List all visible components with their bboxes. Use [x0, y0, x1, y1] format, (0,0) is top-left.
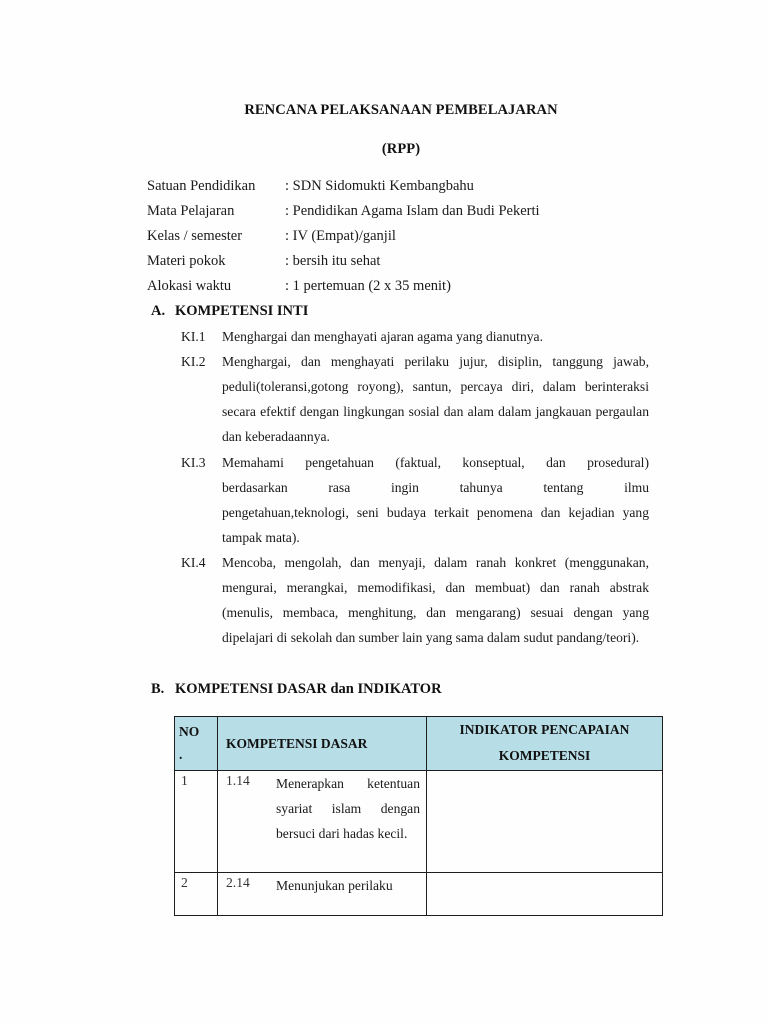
kd-text: Menerapkan ketentuan syariat islam denga…: [276, 771, 420, 846]
table-row: 2 2.14 Menunjukan perilaku: [175, 873, 663, 916]
header-no-dot: .: [179, 747, 182, 762]
identity-value: : SDN Sidomukti Kembangbahu: [285, 178, 474, 195]
document-page: RENCANA PELAKSANAAN PEMBELAJARAN (RPP) S…: [0, 0, 768, 1024]
ki-item-3: KI.3 Memahami pengetahuan (faktual, kons…: [181, 450, 649, 550]
ki-text: Memahami pengetahuan (faktual, konseptua…: [222, 450, 649, 550]
kd-text: Menunjukan perilaku: [276, 873, 420, 898]
identity-label: Mata Pelajaran: [147, 203, 234, 220]
ki-label: KI.4: [181, 550, 206, 575]
kompetensi-dasar-table: NO . KOMPETENSI DASAR INDIKATOR PENCAPAI…: [174, 716, 663, 916]
ki-label: KI.3: [181, 450, 206, 475]
ki-text: Menghargai dan menghayati ajaran agama y…: [222, 324, 649, 349]
section-a-heading: A.KOMPETENSI INTI: [151, 303, 308, 320]
identity-label: Alokasi waktu: [147, 278, 231, 295]
cell-indikator: [427, 771, 663, 873]
ki-item-1: KI.1 Menghargai dan menghayati ajaran ag…: [181, 324, 649, 349]
kd-code: 2.14: [226, 875, 250, 891]
identity-value: : Pendidikan Agama Islam dan Budi Pekert…: [285, 203, 540, 220]
header-indikator-line1: INDIKATOR PENCAPAIAN: [460, 722, 630, 737]
ki-text-line: berdasarkan rasa ingin tahunya tentang i…: [222, 475, 649, 500]
section-title: KOMPETENSI DASAR dan INDIKATOR: [175, 681, 442, 697]
column-header-kompetensi-dasar: KOMPETENSI DASAR: [218, 717, 427, 771]
ki-item-4: KI.4 Mencoba, mengolah, dan menyaji, dal…: [181, 550, 649, 650]
kd-code: 1.14: [226, 773, 250, 789]
identity-label: Materi pokok: [147, 253, 226, 270]
table-header-row: NO . KOMPETENSI DASAR INDIKATOR PENCAPAI…: [175, 717, 663, 771]
header-no-text: NO: [179, 724, 199, 739]
identity-label: Kelas / semester: [147, 228, 242, 245]
document-title: RENCANA PELAKSANAAN PEMBELAJARAN: [17, 102, 768, 119]
ki-text-line: pengetahuan,teknologi, seni budaya terka…: [222, 505, 649, 545]
cell-kompetensi-dasar: 2.14 Menunjukan perilaku: [218, 873, 427, 916]
cell-indikator: [427, 873, 663, 916]
document-subtitle: (RPP): [17, 141, 768, 158]
ki-text: Menghargai, dan menghayati perilaku juju…: [222, 349, 649, 449]
ki-item-2: KI.2 Menghargai, dan menghayati perilaku…: [181, 349, 649, 449]
identity-value: : bersih itu sehat: [285, 253, 380, 270]
table-row: 1 1.14 Menerapkan ketentuan syariat isla…: [175, 771, 663, 873]
cell-kompetensi-dasar: 1.14 Menerapkan ketentuan syariat islam …: [218, 771, 427, 873]
section-title: KOMPETENSI INTI: [175, 303, 308, 319]
identity-label: Satuan Pendidikan: [147, 178, 255, 195]
section-b-heading: B.KOMPETENSI DASAR dan INDIKATOR: [151, 681, 442, 698]
header-indikator-line2: KOMPETENSI: [499, 748, 591, 763]
identity-value: : 1 pertemuan (2 x 35 menit): [285, 278, 451, 295]
cell-no: 1: [175, 771, 218, 873]
cell-no: 2: [175, 873, 218, 916]
ki-text-line: Memahami pengetahuan (faktual, konseptua…: [222, 450, 649, 475]
ki-label: KI.2: [181, 349, 206, 374]
ki-text: Mencoba, mengolah, dan menyaji, dalam ra…: [222, 550, 649, 650]
identity-value: : IV (Empat)/ganjil: [285, 228, 396, 245]
column-header-no: NO .: [175, 717, 218, 771]
ki-label: KI.1: [181, 324, 206, 349]
section-letter: B.: [151, 681, 175, 698]
column-header-indikator: INDIKATOR PENCAPAIAN KOMPETENSI: [427, 717, 663, 771]
section-letter: A.: [151, 303, 175, 320]
